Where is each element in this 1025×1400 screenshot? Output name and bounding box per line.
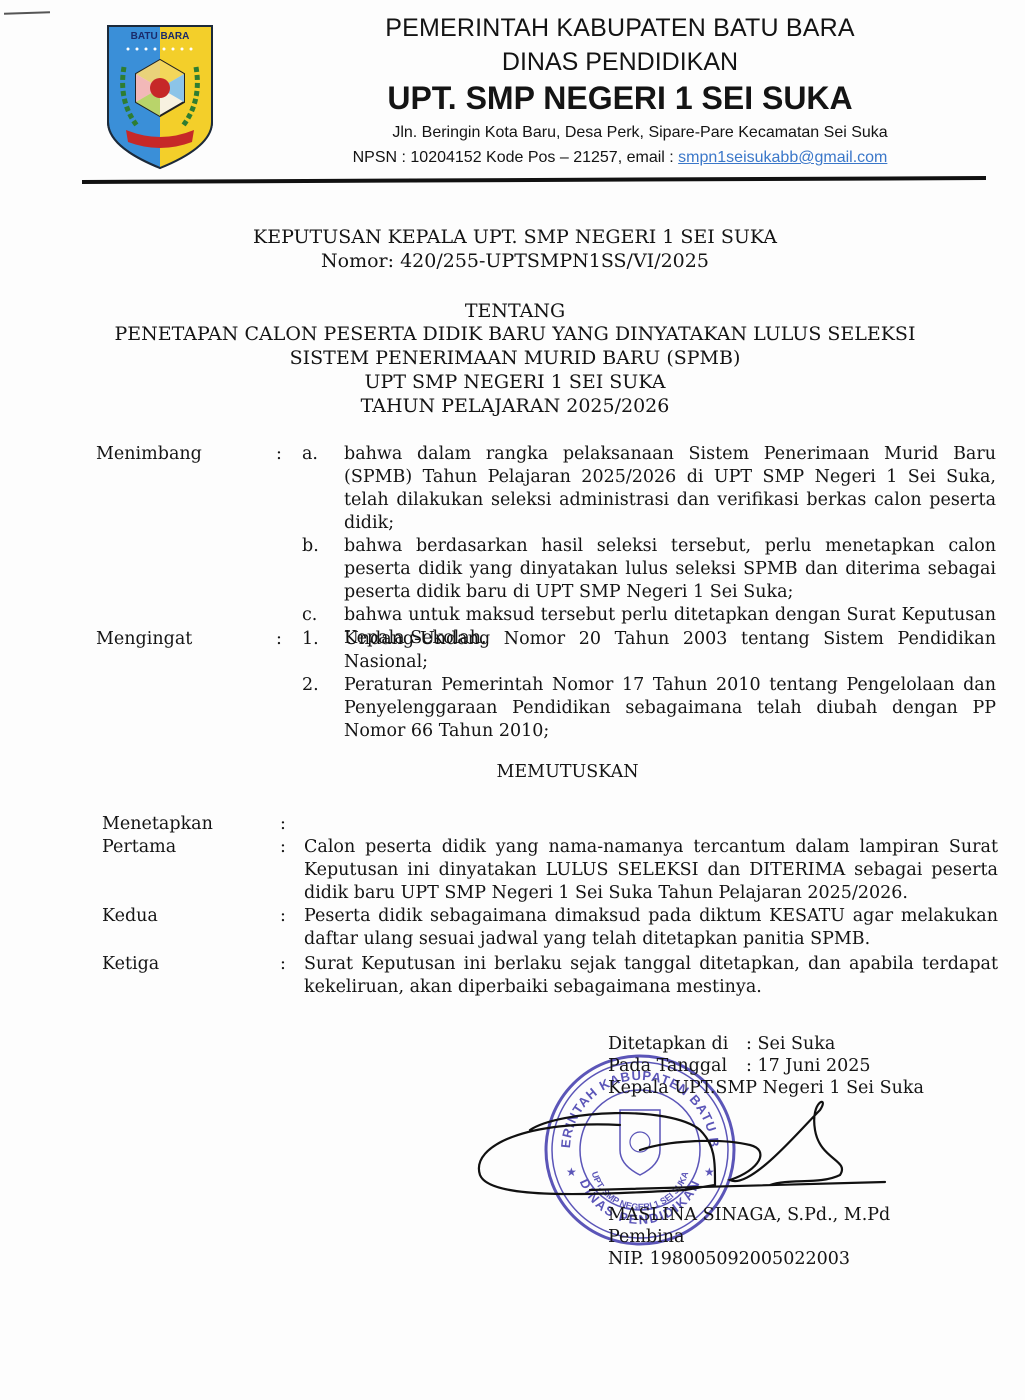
item-text: Peraturan Pemerintah Nomor 17 Tahun 2010… bbox=[344, 674, 996, 743]
colon: : bbox=[276, 628, 302, 743]
decision-text: Peserta didik sebagaimana dimaksud pada … bbox=[304, 905, 998, 951]
signer-info: MASLINA SINAGA, S.Pd., M.Pd Pembina NIP.… bbox=[608, 1204, 890, 1270]
decree-subject-line: SISTEM PENERIMAAN MURID BARU (SPMB) bbox=[80, 347, 950, 370]
item-marker: 1. bbox=[302, 628, 344, 674]
signer-rank: Pembina bbox=[608, 1226, 890, 1248]
decree-about: TENTANG bbox=[80, 300, 950, 323]
decision-row: Kedua : Peserta didik sebagaimana dimaks… bbox=[102, 905, 998, 951]
item-text: bahwa berdasarkan hasil seleksi tersebut… bbox=[344, 535, 996, 604]
letterhead-government: PEMERINTAH KABUPATEN BATU BARA bbox=[300, 14, 940, 43]
decree-subject-line: UPT SMP NEGERI 1 SEI SUKA bbox=[80, 371, 950, 394]
section-label: Mengingat bbox=[96, 628, 276, 743]
decision-label: Pertama bbox=[102, 836, 280, 905]
place-label: Ditetapkan di bbox=[608, 1033, 746, 1055]
menimbang-item: a. bahwa dalam rangka pelaksanaan Sistem… bbox=[302, 443, 996, 535]
colon: : bbox=[280, 813, 304, 836]
decision-text: Surat Keputusan ini berlaku sejak tangga… bbox=[304, 953, 998, 999]
colon: : bbox=[276, 443, 302, 650]
batu-bara-crest-logo: BATU BARA bbox=[104, 22, 216, 172]
date-label: Pada Tanggal bbox=[608, 1055, 746, 1077]
contact-info: NPSN : 10204152 Kode Pos – 21257, email … bbox=[353, 149, 679, 166]
item-text: Undang-Undang Nomor 20 Tahun 2003 tentan… bbox=[344, 628, 996, 674]
letterhead-address: Jln. Beringin Kota Baru, Desa Perk, Sipa… bbox=[310, 124, 970, 142]
letterhead-agency: DINAS PENDIDIKAN bbox=[300, 48, 940, 77]
mengingat-item: 1. Undang-Undang Nomor 20 Tahun 2003 ten… bbox=[302, 628, 996, 674]
email-link[interactable]: smpn1seisukabb@gmail.com bbox=[678, 149, 887, 166]
decision-row: Pertama : Calon peserta didik yang nama-… bbox=[102, 836, 998, 905]
colon: : bbox=[280, 953, 304, 999]
decree-number: Nomor: 420/255-UPTSMPN1SS/VI/2025 bbox=[80, 250, 950, 273]
decree-subject-line: TAHUN PELAJARAN 2025/2026 bbox=[80, 395, 950, 418]
signer-name: MASLINA SINAGA, S.Pd., M.Pd bbox=[608, 1204, 890, 1226]
decision-section: Menetapkan : Pertama : Calon peserta did… bbox=[102, 813, 998, 999]
decision-row: Ketiga : Surat Keputusan ini berlaku sej… bbox=[102, 953, 998, 999]
colon: : bbox=[280, 836, 304, 905]
scan-mark bbox=[4, 11, 50, 15]
decision-label: Menetapkan bbox=[102, 813, 280, 836]
section-label: Menimbang bbox=[96, 443, 276, 650]
decision-text: Calon peserta didik yang nama-namanya te… bbox=[304, 836, 998, 905]
decree-subject-line: PENETAPAN CALON PESERTA DIDIK BARU YANG … bbox=[80, 323, 950, 346]
handwritten-signature bbox=[470, 1090, 900, 1210]
decision-text bbox=[304, 813, 998, 836]
place-value: Sei Suka bbox=[757, 1033, 835, 1055]
menimbang-item: b. bahwa berdasarkan hasil seleksi terse… bbox=[302, 535, 996, 604]
item-marker: b. bbox=[302, 535, 344, 604]
letterhead-contact: NPSN : 10204152 Kode Pos – 21257, email … bbox=[240, 149, 1000, 167]
item-text: bahwa dalam rangka pelaksanaan Sistem Pe… bbox=[344, 443, 996, 535]
mengingat-item: 2. Peraturan Pemerintah Nomor 17 Tahun 2… bbox=[302, 674, 996, 743]
memutuskan-heading: MEMUTUSKAN bbox=[80, 762, 1025, 782]
colon: : bbox=[280, 905, 304, 951]
decision-row: Menetapkan : bbox=[102, 813, 998, 836]
decree-title: KEPUTUSAN KEPALA UPT. SMP NEGERI 1 SEI S… bbox=[80, 226, 950, 249]
decision-label: Kedua bbox=[102, 905, 280, 951]
item-marker: a. bbox=[302, 443, 344, 535]
mengingat-section: Mengingat : 1. Undang-Undang Nomor 20 Ta… bbox=[96, 628, 996, 743]
menimbang-section: Menimbang : a. bahwa dalam rangka pelaks… bbox=[96, 443, 996, 650]
letterhead-divider bbox=[82, 176, 986, 184]
signer-nip: NIP. 198005092005022003 bbox=[608, 1248, 890, 1270]
letterhead-school-name: UPT. SMP NEGERI 1 SEI SUKA bbox=[300, 80, 940, 117]
item-marker: 2. bbox=[302, 674, 344, 743]
date-value: 17 Juni 2025 bbox=[757, 1055, 870, 1077]
decision-label: Ketiga bbox=[102, 953, 280, 999]
svg-text:BATU BARA: BATU BARA bbox=[131, 31, 190, 42]
